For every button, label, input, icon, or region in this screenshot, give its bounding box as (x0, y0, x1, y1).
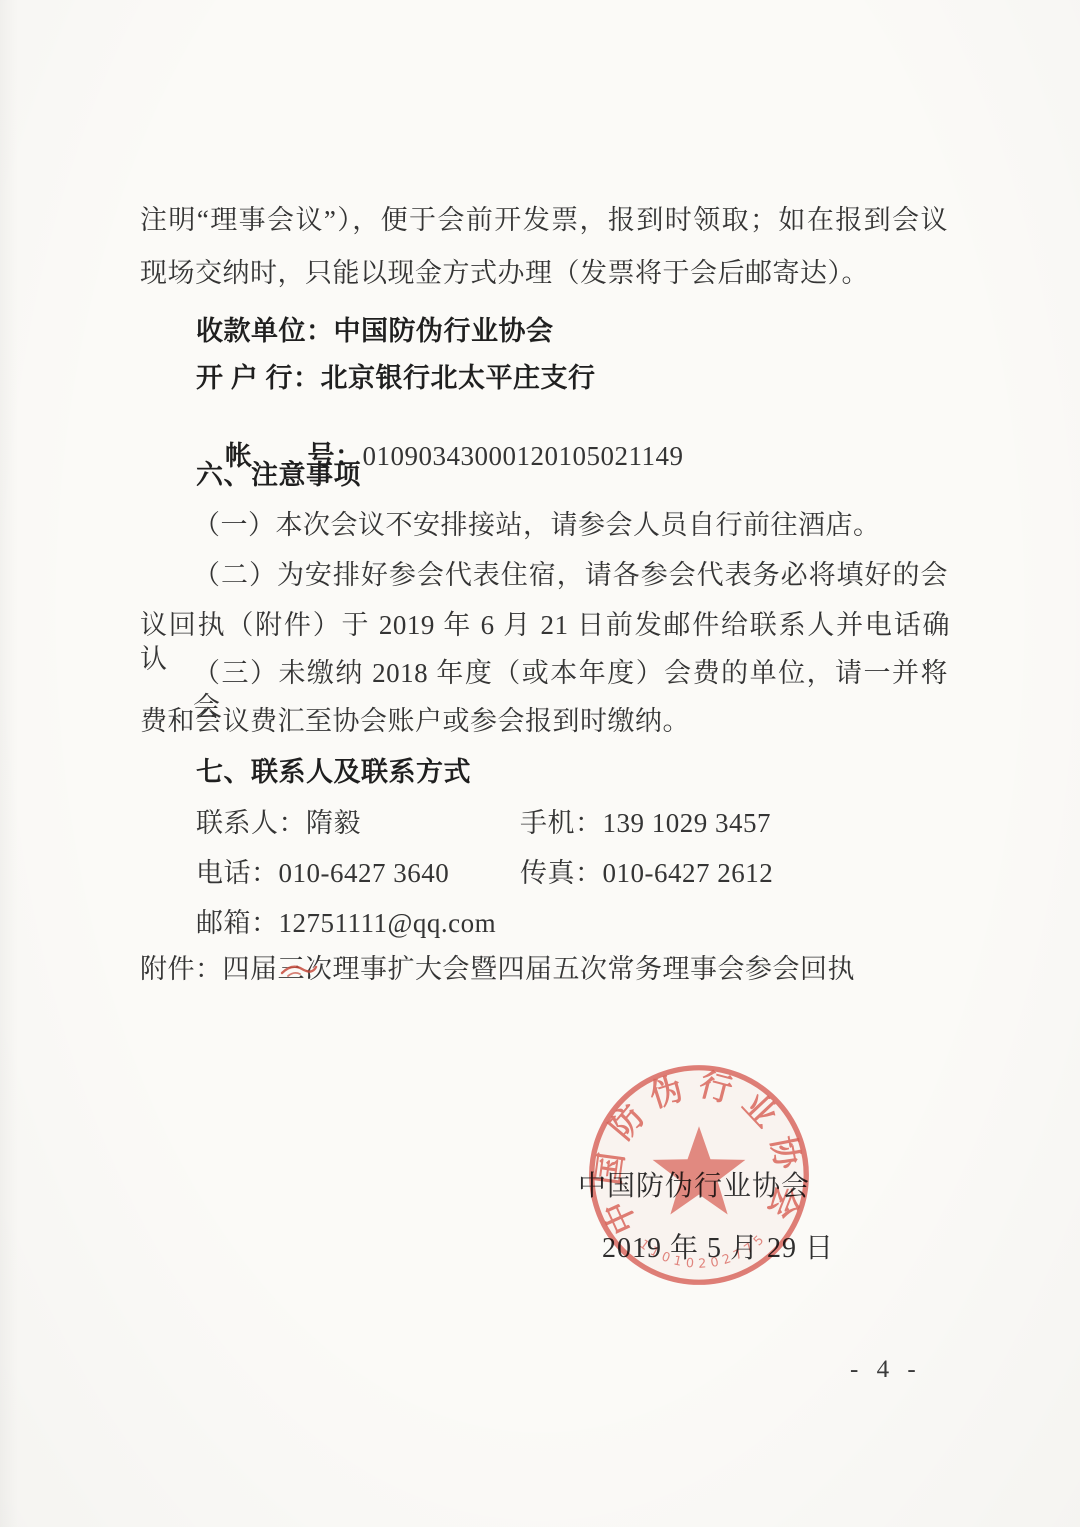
note-item-2-line1: （二）为安排好参会代表住宿，请各参会代表务必将填好的会 (193, 558, 948, 592)
bank-line: 开 户 行：北京银行北太平庄支行 (196, 361, 596, 395)
note-item-3-line2: 费和会议费汇至协会账户或参会报到时缴纳。 (140, 704, 690, 738)
contact-person: 联系人：隋毅 (196, 806, 361, 840)
contact-phone: 电话：010-6427 3640 (196, 856, 449, 890)
contact-fax: 传真：010-6427 2612 (520, 856, 773, 890)
attachment-line: 附件：四届三次理事扩大会暨四届五次常务理事会参会回执 (140, 952, 855, 986)
body-text-line: 现场交纳时，只能以现金方式办理（发票将于会后邮寄达）。 (140, 256, 869, 290)
contact-mobile: 手机：139 1029 3457 (520, 806, 771, 840)
payee-line: 收款单位：中国防伪行业协会 (196, 314, 554, 348)
official-seal: 中国防伪行业协会 11010202775 (582, 1058, 816, 1292)
contact-email: 邮箱：12751111@qq.com (196, 906, 496, 940)
red-correction-mark (278, 958, 318, 980)
note-item-1: （一）本次会议不安排接站，请参会人员自行前往酒店。 (193, 508, 881, 542)
account-number: 01090343000120105021149 (363, 441, 684, 471)
section-seven-title: 七、联系人及联系方式 (196, 755, 471, 789)
page-number: - 4 - (850, 1356, 922, 1384)
body-text-line: 注明“理事会议”），便于会前开发票，报到时领取；如在报到会议 (140, 203, 948, 237)
section-six-title: 六、注意事项 (196, 458, 361, 492)
document-page: 注明“理事会议”），便于会前开发票，报到时领取；如在报到会议 现场交纳时，只能以… (0, 0, 1080, 1527)
